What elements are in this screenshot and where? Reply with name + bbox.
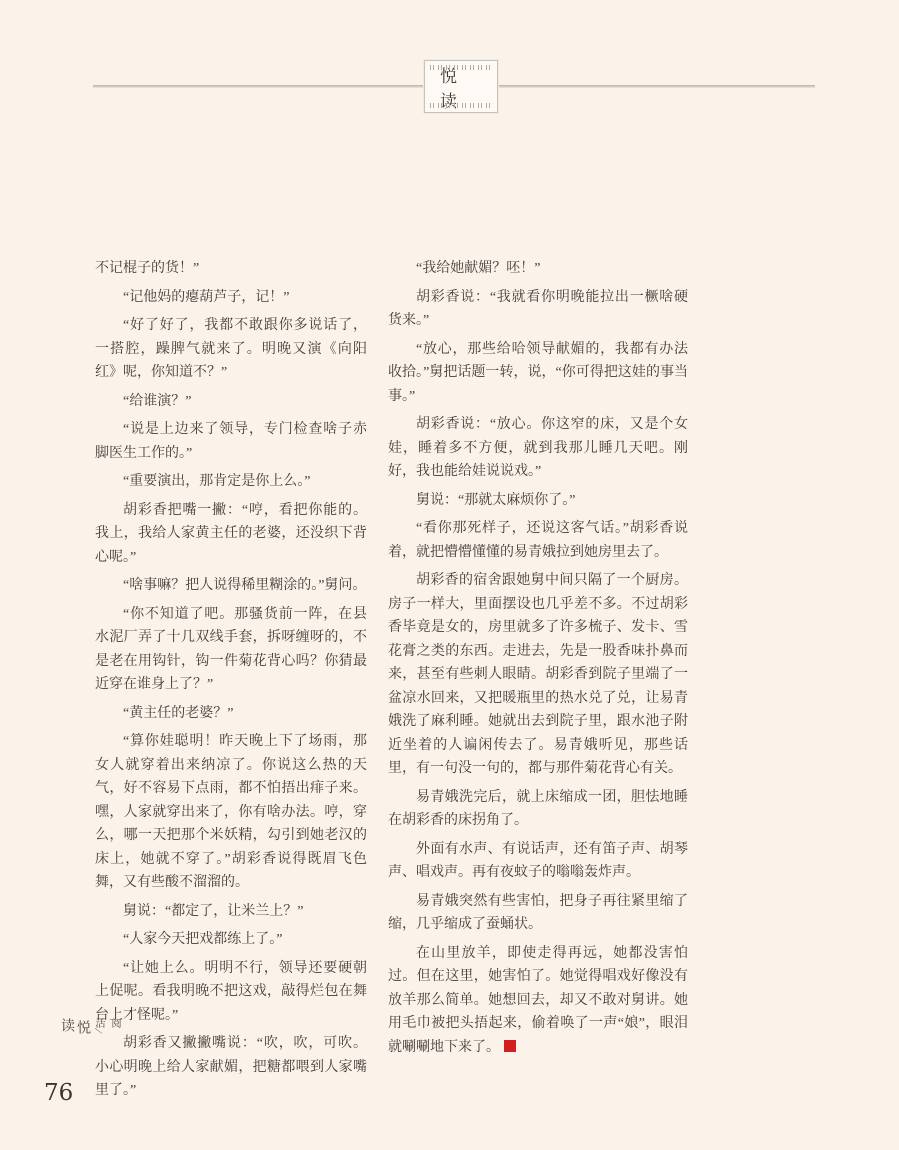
article-end-mark (504, 1040, 516, 1052)
paragraph: “人家今天把戏都练上了。” (95, 928, 367, 952)
paragraph: “说是上边来了领导，专门检查啥子赤脚医生工作的。” (95, 418, 367, 465)
paragraph: “放心，那些给哈领导献媚的，我都有办法收拾。”舅把话题一转，说，“你可得把这娃的… (388, 338, 688, 409)
paragraph: “你不知道了吧。那骚货前一阵，在县水泥厂弄了十几双线手套，拆呀缠呀的，不是老在用… (95, 603, 367, 697)
paragraph: 易青娥洗完后，就上床缩成一团，胆怯地睡在胡彩香的床拐角了。 (388, 786, 688, 833)
paragraph: 不记棍子的货！” (95, 257, 367, 281)
paragraph: “啥事嘛？把人说得稀里糊涂的。”舅问。 (95, 574, 367, 598)
section-header-box: 悦读 (424, 60, 498, 113)
paragraph: “好了好了，我都不敢跟你多说话了，一搭腔，躁脾气就来了。明晚又演《向阳红》呢，你… (95, 314, 367, 385)
series-name-large: 悦读 (59, 1018, 90, 1037)
paragraph: 舅说：“都定了，让米兰上？” (95, 900, 367, 924)
series-name-small: 阅活 (93, 1018, 120, 1030)
paragraph: “重要演出，那肯定是你上么。” (95, 470, 367, 494)
series-title-vertical: 阅活∕悦读 (58, 1018, 122, 1037)
paragraph: “记他妈的瘪葫芦子，记！” (95, 286, 367, 310)
series-separator: ∕ (92, 1030, 104, 1032)
paragraph: 在山里放羊，即使走得再远，她都没害怕过。但在这里，她害怕了。她觉得唱戏好像没有放… (388, 942, 688, 1060)
right-column: “我给她献媚？呸！”胡彩香说：“我就看你明晚能拉出一橛啥硬货来。”“放心，那些给… (388, 257, 688, 1064)
paragraph: “我给她献媚？呸！” (388, 257, 688, 281)
paragraph: 胡彩香又撇撇嘴说：“吹，吹，可吹。小心明晚上给人家献媚，把糖都喂到人家嘴里了。” (95, 1032, 367, 1103)
paragraph: “给谁演？” (95, 390, 367, 414)
perforation-ornament-top (430, 65, 492, 70)
page: { "page": { "background_color": "#fbf2e9… (0, 0, 899, 1150)
paragraph: “黄主任的老婆？” (95, 702, 367, 726)
paragraph: 胡彩香说：“放心。你这窄的床，又是个女娃，睡着多不方便，就到我那儿睡几天吧。刚好… (388, 413, 688, 484)
paragraph: 舅说：“那就太麻烦你了。” (388, 489, 688, 513)
left-column: 不记棍子的货！”“记他妈的瘪葫芦子，记！”“好了好了，我都不敢跟你多说话了，一搭… (95, 257, 367, 1108)
paragraph: 胡彩香的宿舍跟她舅中间只隔了一个厨房。房子一样大，里面摆设也几乎差不多。不过胡彩… (388, 569, 688, 781)
paragraph: 胡彩香说：“我就看你明晚能拉出一橛啥硬货来。” (388, 286, 688, 333)
page-number: 76 (44, 1080, 73, 1106)
paragraph: 易青娥突然有些害怕，把身子再往紧里缩了缩，几乎缩成了蚕蛹状。 (388, 890, 688, 937)
perforation-ornament-bottom (430, 103, 492, 108)
paragraph: “算你娃聪明！昨天晚上下了场雨，那女人就穿着出来纳凉了。你说这么热的天气，好不容… (95, 730, 367, 895)
paragraph: “让她上么。明明不行，领导还要硬朝上促呢。看我明晚不把这戏，敲得烂包在舞台上才怪… (95, 957, 367, 1028)
paragraph: “看你那死样子，还说这客气话。”胡彩香说着，就把懵懵懂懂的易青娥拉到她房里去了。 (388, 517, 688, 564)
paragraph: 外面有水声、有说话声，还有笛子声、胡琴声、唱戏声。再有夜蚊子的嗡嗡轰炸声。 (388, 838, 688, 885)
paragraph: 胡彩香把嘴一撇：“哼，看把你能的。我上，我给人家黄主任的老婆，还没织下背心呢。” (95, 499, 367, 570)
